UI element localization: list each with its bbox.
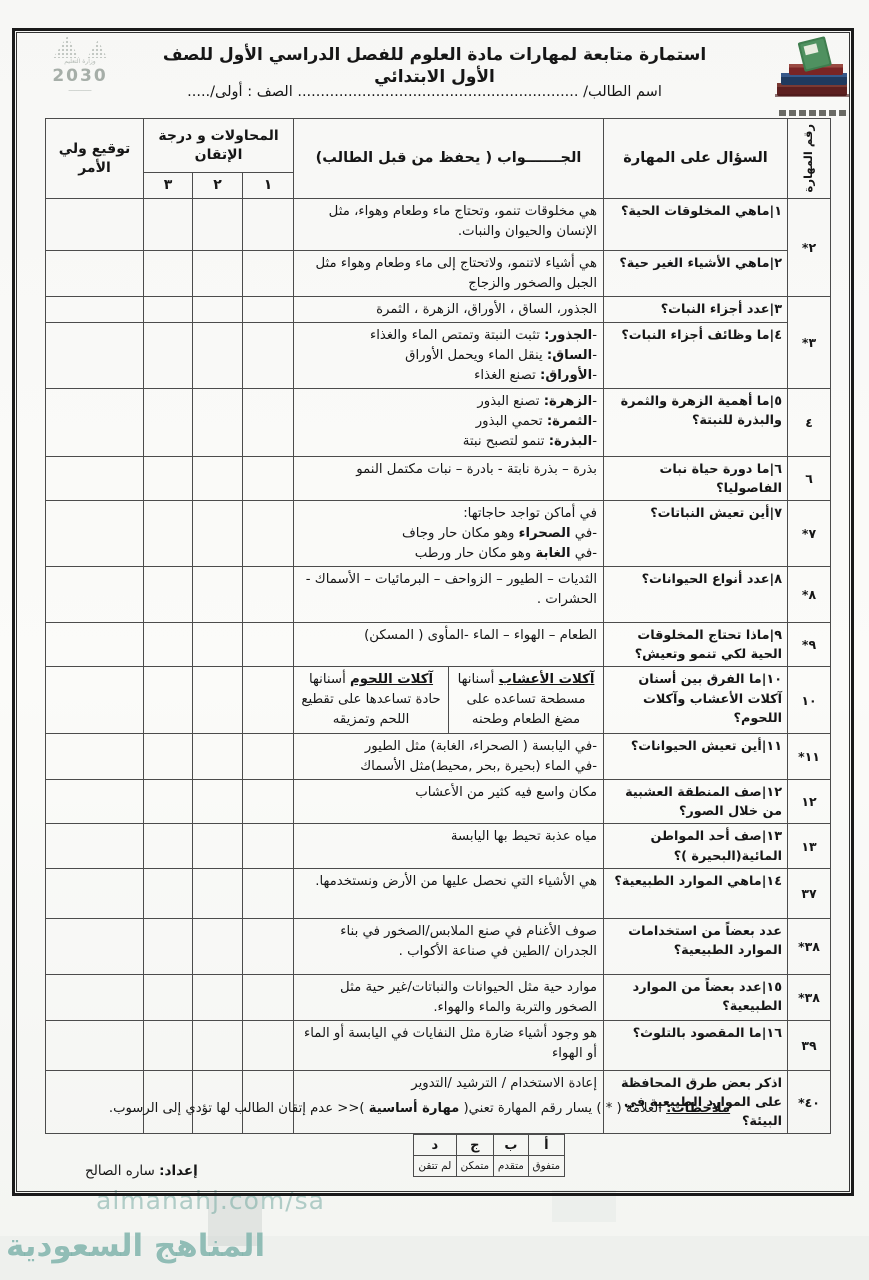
grade-label: متمكن xyxy=(456,1156,494,1177)
grade-letter: أ xyxy=(528,1135,564,1156)
attempt-cell-3[interactable] xyxy=(144,974,193,1020)
col-header-attempt-3: ٣ xyxy=(144,173,193,199)
answer-line: -الساق: ينقل الماء ويحمل الأوراق xyxy=(297,346,597,366)
signature-cell[interactable] xyxy=(46,918,144,974)
footnote-bold-term: مهارة أساسية xyxy=(369,1101,460,1116)
skill-number: *٣ xyxy=(802,335,816,350)
attempt-cell-2[interactable] xyxy=(193,296,243,322)
attempt-cell-2[interactable] xyxy=(193,567,243,623)
attempt-cell-2[interactable] xyxy=(193,1020,243,1070)
attempt-cell-3[interactable] xyxy=(144,456,193,500)
attempt-cell-3[interactable] xyxy=(144,824,193,868)
attempt-cell-3[interactable] xyxy=(144,734,193,780)
attempt-cell-2[interactable] xyxy=(193,918,243,974)
table-row: ١٣١٣|صف أحد المواطن المائية(البحيرة )؟مي… xyxy=(46,824,831,868)
skill-number-cell: ٦ xyxy=(788,456,831,500)
attempt-cell-1[interactable] xyxy=(243,501,294,567)
skill-number: ١٣ xyxy=(801,839,816,854)
signature-cell[interactable] xyxy=(46,667,144,734)
footnote-text: ) xyxy=(359,1101,368,1116)
question-cell: ١٥|عدد بعضاً من الموارد الطبيعية؟ xyxy=(604,974,788,1020)
answer-line: في أماكن تواجد حاجاتها: xyxy=(297,504,597,524)
skill-number: *٧ xyxy=(802,526,816,541)
answer-cell: في أماكن تواجد حاجاتها:-في الصحراء وهو م… xyxy=(294,501,604,567)
grade-letter: ج xyxy=(456,1135,494,1156)
skill-number-cell: *٨ xyxy=(788,567,831,623)
skill-number: ٤ xyxy=(805,415,813,430)
signature-cell[interactable] xyxy=(46,623,144,667)
attempt-cell-1[interactable] xyxy=(243,296,294,322)
attempt-cell-2[interactable] xyxy=(193,868,243,918)
prepared-by-name: ساره الصالح xyxy=(85,1163,159,1179)
skill-number-cell: *٣٨ xyxy=(788,918,831,974)
attempt-cell-3[interactable] xyxy=(144,780,193,824)
table-row: *٩٩|ماذا تحتاج المخلوقات الحية لكي تنمو … xyxy=(46,623,831,667)
attempt-cell-2[interactable] xyxy=(193,824,243,868)
attempt-cell-2[interactable] xyxy=(193,667,243,734)
skill-number: ٣٩ xyxy=(801,1038,816,1053)
col-header-skill-number: رقم المهارة xyxy=(788,119,831,199)
grade-label: متفوق xyxy=(528,1156,564,1177)
attempt-cell-1[interactable] xyxy=(243,567,294,623)
attempt-cell-3[interactable] xyxy=(144,199,193,251)
grade-label: متقدم xyxy=(494,1156,529,1177)
col-header-attempt-2: ٢ xyxy=(193,173,243,199)
col-header-answer: الجـــــــواب ( يحفظ من قبل الطالب) xyxy=(294,119,604,199)
skill-number: *٣٨ xyxy=(798,939,820,954)
question-cell: ١٣|صف أحد المواطن المائية(البحيرة )؟ xyxy=(604,824,788,868)
skill-number: *٢ xyxy=(802,240,816,255)
answer-line: -الجذور: تثبت النبتة وتمتص الماء والغذاء xyxy=(297,326,597,346)
skill-number: ٦ xyxy=(805,471,813,486)
signature-cell[interactable] xyxy=(46,501,144,567)
footnote: ملاحظات: العلامة ( * ) يسار رقم المهارة … xyxy=(70,1101,769,1116)
table-row: ١٠١٠|ما الفرق بين أسنان آكلات الأعشاب وآ… xyxy=(46,667,831,734)
signature-cell[interactable] xyxy=(46,974,144,1020)
grade-letter: ب xyxy=(494,1135,529,1156)
skills-table: رقم المهارة السؤال على المهارة الجــــــ… xyxy=(45,118,831,1134)
answer-cell: آكلات الأعشاب أسنانها مسطحة تساعده على م… xyxy=(294,667,604,734)
grade-letter: د xyxy=(414,1135,457,1156)
answer-cell: -في اليابسة ( الصحراء، الغابة) مثل الطيو… xyxy=(294,734,604,780)
class-label: الصف : أولى/..... xyxy=(187,84,293,100)
signature-cell[interactable] xyxy=(46,567,144,623)
skill-number-cell: *١١ xyxy=(788,734,831,780)
answer-left-part: آكلات اللحوم أسنانها حادة تساعدها على تق… xyxy=(294,667,449,733)
answer-cell: -الجذور: تثبت النبتة وتمتص الماء والغذاء… xyxy=(294,322,604,388)
table-row: *٢١|ماهي المخلوقات الحية؟هي مخلوقات تنمو… xyxy=(46,199,831,251)
vision-2030-text: 2030 xyxy=(28,66,132,86)
skill-number-cell: *٧ xyxy=(788,501,831,567)
answer-cell: مكان واسع فيه كثير من الأعشاب xyxy=(294,780,604,824)
answer-line: -الأوراق: تصنع الغذاء xyxy=(297,366,597,386)
skill-number: ٣٧ xyxy=(801,886,816,901)
question-cell: ١٢|صف المنطقة العشبية من خلال الصور؟ xyxy=(604,780,788,824)
student-info-line: اسم الطالب/ ............................… xyxy=(130,84,719,100)
attempt-cell-3[interactable] xyxy=(144,918,193,974)
logo-dot-pattern-icon xyxy=(45,36,115,58)
footnote-text: عدم إتقان الطالب لها تؤدي إلى الرسوب. xyxy=(109,1101,337,1116)
footnote-arrows: >> xyxy=(337,1101,359,1116)
question-cell: ١٦|ما المقصود بالتلوث؟ xyxy=(604,1020,788,1070)
attempt-cell-3[interactable] xyxy=(144,388,193,456)
attempt-cell-3[interactable] xyxy=(144,667,193,734)
attempt-cell-1[interactable] xyxy=(243,388,294,456)
table-row: *٣٨عدد بعضاً من استخدامات الموارد الطبيع… xyxy=(46,918,831,974)
attempt-cell-2[interactable] xyxy=(193,734,243,780)
skill-number: ١٢ xyxy=(801,794,816,809)
attempt-cell-2[interactable] xyxy=(193,456,243,500)
attempt-cell-2[interactable] xyxy=(193,251,243,297)
table-row: *٨٨|عدد أنواع الحيوانات؟الثديات – الطيور… xyxy=(46,567,831,623)
attempt-cell-1[interactable] xyxy=(243,1020,294,1070)
col-header-attempts: المحاولات و درجة الإتقان xyxy=(144,119,294,173)
skill-number-cell: ٣٧ xyxy=(788,868,831,918)
prepared-by: إعداد: ساره الصالح xyxy=(85,1163,198,1179)
attempt-cell-3[interactable] xyxy=(144,322,193,388)
table-row: *٣٨١٥|عدد بعضاً من الموارد الطبيعية؟موار… xyxy=(46,974,831,1020)
answer-right-part: آكلات الأعشاب أسنانها مسطحة تساعده على م… xyxy=(449,667,603,733)
ministry-vision2030-logo: وزارة التعليم 2030 ـــــــــــــ xyxy=(28,36,132,112)
question-cell: ٤|ما وظائف أجزاء النبات؟ xyxy=(604,322,788,388)
table-row: ٤٥|ما أهمية الزهرة والثمرة والبذرة للنبت… xyxy=(46,388,831,456)
question-cell: ٩|ماذا تحتاج المخلوقات الحية لكي تنمو وت… xyxy=(604,623,788,667)
question-cell: ٨|عدد أنواع الحيوانات؟ xyxy=(604,567,788,623)
signature-cell[interactable] xyxy=(46,456,144,500)
question-cell: ٥|ما أهمية الزهرة والثمرة والبذرة للنبتة… xyxy=(604,388,788,456)
answer-cell: بذرة – بذرة نابتة - بادرة – نبات مكتمل ا… xyxy=(294,456,604,500)
answer-line: -في الغابة وهو مكان حار ورطب xyxy=(297,544,597,564)
table-row: ٢|ماهي الأشياء الغير حية؟هي أشياء لاتنمو… xyxy=(46,251,831,297)
skill-number-cell: *٣ xyxy=(788,296,831,388)
attempt-cell-1[interactable] xyxy=(243,734,294,780)
col-header-signature: توقيع ولي الأمر xyxy=(46,119,144,199)
attempt-cell-2[interactable] xyxy=(193,199,243,251)
attempt-cell-1[interactable] xyxy=(243,251,294,297)
table-row: ٣٩١٦|ما المقصود بالتلوث؟هو وجود أشياء ضا… xyxy=(46,1020,831,1070)
attempt-cell-2[interactable] xyxy=(193,388,243,456)
signature-cell[interactable] xyxy=(46,296,144,322)
answer-cell: الطعام – الهواء – الماء -المأوى ( المسكن… xyxy=(294,623,604,667)
answer-line: -البذرة: تنمو لتصبح نبتة xyxy=(297,432,597,452)
table-row: ٦٦|ما دورة حياة نبات الفاصوليا؟بذرة – بذ… xyxy=(46,456,831,500)
question-cell: ١|ماهي المخلوقات الحية؟ xyxy=(604,199,788,251)
signature-cell[interactable] xyxy=(46,388,144,456)
attempt-cell-3[interactable] xyxy=(144,623,193,667)
answer-cell: الجذور، الساق ، الأوراق، الزهرة ، الثمرة xyxy=(294,296,604,322)
attempt-cell-3[interactable] xyxy=(144,251,193,297)
question-cell: ٢|ماهي الأشياء الغير حية؟ xyxy=(604,251,788,297)
signature-cell[interactable] xyxy=(46,322,144,388)
attempt-cell-3[interactable] xyxy=(144,1020,193,1070)
table-row: *٧٧|أين تعيش النباتات؟في أماكن تواجد حاج… xyxy=(46,501,831,567)
skill-number-cell: *٤٠ xyxy=(788,1070,831,1134)
attempt-cell-3[interactable] xyxy=(144,868,193,918)
attempt-cell-1[interactable] xyxy=(243,824,294,868)
skill-number: *٨ xyxy=(802,587,816,602)
answer-cell: مياه عذبة تحيط بها اليابسة xyxy=(294,824,604,868)
attempt-cell-1[interactable] xyxy=(243,322,294,388)
skill-number-cell: ١٢ xyxy=(788,780,831,824)
attempt-cell-3[interactable] xyxy=(144,296,193,322)
skill-number: *٤٠ xyxy=(798,1095,820,1110)
student-name-label: اسم الطالب/ xyxy=(583,84,662,100)
table-row: ٣٧١٤|ماهي الموارد الطبيعية؟هي الأشياء ال… xyxy=(46,868,831,918)
attempt-cell-1[interactable] xyxy=(243,868,294,918)
attempt-cell-1[interactable] xyxy=(243,667,294,734)
books-icon xyxy=(767,33,853,105)
answer-line: -في الصحراء وهو مكان حار وجاف xyxy=(297,524,597,544)
attempt-cell-1[interactable] xyxy=(243,456,294,500)
table-row: *٣٣|عدد أجزاء النبات؟الجذور، الساق ، الأ… xyxy=(46,296,831,322)
answer-cell: -الزهرة: تصنع البذور-الثمرة: تحمي البذور… xyxy=(294,388,604,456)
signature-cell[interactable] xyxy=(46,780,144,824)
question-cell: ١٠|ما الفرق بين أسنان آكلات الأعشاب وآكل… xyxy=(604,667,788,734)
question-cell: ٣|عدد أجزاء النبات؟ xyxy=(604,296,788,322)
attempt-cell-1[interactable] xyxy=(243,780,294,824)
attempt-cell-1[interactable] xyxy=(243,918,294,974)
student-name-blank[interactable]: ........................................… xyxy=(297,84,578,100)
signature-cell[interactable] xyxy=(46,734,144,780)
document-page: almanahj.com/sa المناهج السعودية وزارة ا… xyxy=(0,0,869,1280)
col-header-attempt-1: ١ xyxy=(243,173,294,199)
table-row: ١٢١٢|صف المنطقة العشبية من خلال الصور؟مك… xyxy=(46,780,831,824)
question-cell: ٦|ما دورة حياة نبات الفاصوليا؟ xyxy=(604,456,788,500)
answer-cell: هي مخلوقات تنمو، وتحتاج ماء وطعام وهواء،… xyxy=(294,199,604,251)
question-cell: ١١|أين تعيش الحيوانات؟ xyxy=(604,734,788,780)
skill-number-cell: *٩ xyxy=(788,623,831,667)
skill-number: ١٠ xyxy=(801,693,816,708)
answer-cell: هو وجود أشياء ضارة مثل النفايات في الياب… xyxy=(294,1020,604,1070)
attempt-cell-2[interactable] xyxy=(193,322,243,388)
footnote-text: العلامة ( * ) يسار رقم المهارة تعني( xyxy=(459,1101,666,1116)
answer-line: -في الماء (بحيرة ,بحر ,محيط)مثل الأسماك xyxy=(297,757,597,777)
attempt-cell-1[interactable] xyxy=(243,199,294,251)
attempt-cell-2[interactable] xyxy=(193,501,243,567)
grade-scale-table: أ ب ج د متفوق متقدم متمكن لم تتقن xyxy=(413,1134,565,1177)
watermark-site-name: المناهج السعودية xyxy=(6,1228,265,1264)
answer-line: -الزهرة: تصنع البذور xyxy=(297,392,597,412)
skill-number-cell: ١٠ xyxy=(788,667,831,734)
answer-cell: الثديات – الطيور – الزواحف – البرمائيات … xyxy=(294,567,604,623)
attempt-cell-3[interactable] xyxy=(144,501,193,567)
page-title: استمارة متابعة لمهارات مادة العلوم للفصل… xyxy=(150,44,719,88)
skill-number: *٩ xyxy=(802,637,816,652)
answer-line: -الثمرة: تحمي البذور xyxy=(297,412,597,432)
skill-number: *٣٨ xyxy=(798,990,820,1005)
signature-cell[interactable] xyxy=(46,1020,144,1070)
grade-scale-value-row: متفوق متقدم متمكن لم تتقن xyxy=(414,1156,565,1177)
attempt-cell-1[interactable] xyxy=(243,974,294,1020)
attempt-cell-2[interactable] xyxy=(193,623,243,667)
table-header-row: رقم المهارة السؤال على المهارة الجــــــ… xyxy=(46,119,831,173)
skill-number: *١١ xyxy=(798,749,820,764)
question-cell: ١٤|ماهي الموارد الطبيعية؟ xyxy=(604,868,788,918)
signature-cell[interactable] xyxy=(46,824,144,868)
answer-cell: هي أشياء لاتنمو، ولاتحتاج إلى ماء وطعام … xyxy=(294,251,604,297)
answer-cell: صوف الأغنام في صنع الملابس/الصخور في بنا… xyxy=(294,918,604,974)
skill-number-cell: ١٣ xyxy=(788,824,831,868)
skill-number-cell: ٤ xyxy=(788,388,831,456)
grade-scale-header-row: أ ب ج د xyxy=(414,1135,565,1156)
grade-label: لم تتقن xyxy=(414,1156,457,1177)
table-row: *١١١١|أين تعيش الحيوانات؟-في اليابسة ( ا… xyxy=(46,734,831,780)
prepared-by-label: إعداد: xyxy=(159,1163,198,1179)
question-cell: عدد بعضاً من استخدامات الموارد الطبيعية؟ xyxy=(604,918,788,974)
skill-number-cell: ٣٩ xyxy=(788,1020,831,1070)
table-row: ٤|ما وظائف أجزاء النبات؟-الجذور: تثبت ال… xyxy=(46,322,831,388)
col-header-question: السؤال على المهارة xyxy=(604,119,788,199)
attempt-cell-2[interactable] xyxy=(193,974,243,1020)
answer-cell: موارد حية مثل الحيوانات والنباتات/غير حي… xyxy=(294,974,604,1020)
school-books-logo xyxy=(767,33,853,113)
skill-number-cell: *٣٨ xyxy=(788,974,831,1020)
answer-line: -في اليابسة ( الصحراء، الغابة) مثل الطيو… xyxy=(297,737,597,757)
skill-number-cell: *٢ xyxy=(788,199,831,297)
signature-cell[interactable] xyxy=(46,251,144,297)
ministry-wordmark: وزارة التعليم xyxy=(28,58,132,66)
signature-cell[interactable] xyxy=(46,868,144,918)
logo-caption-text xyxy=(779,110,849,116)
question-cell: ٧|أين تعيش النباتات؟ xyxy=(604,501,788,567)
footnote-label: ملاحظات: xyxy=(666,1101,730,1116)
attempt-cell-1[interactable] xyxy=(243,623,294,667)
signature-cell[interactable] xyxy=(46,199,144,251)
answer-cell: هي الأشياء التي نحصل عليها من الأرض ونست… xyxy=(294,868,604,918)
attempt-cell-3[interactable] xyxy=(144,567,193,623)
attempt-cell-2[interactable] xyxy=(193,780,243,824)
